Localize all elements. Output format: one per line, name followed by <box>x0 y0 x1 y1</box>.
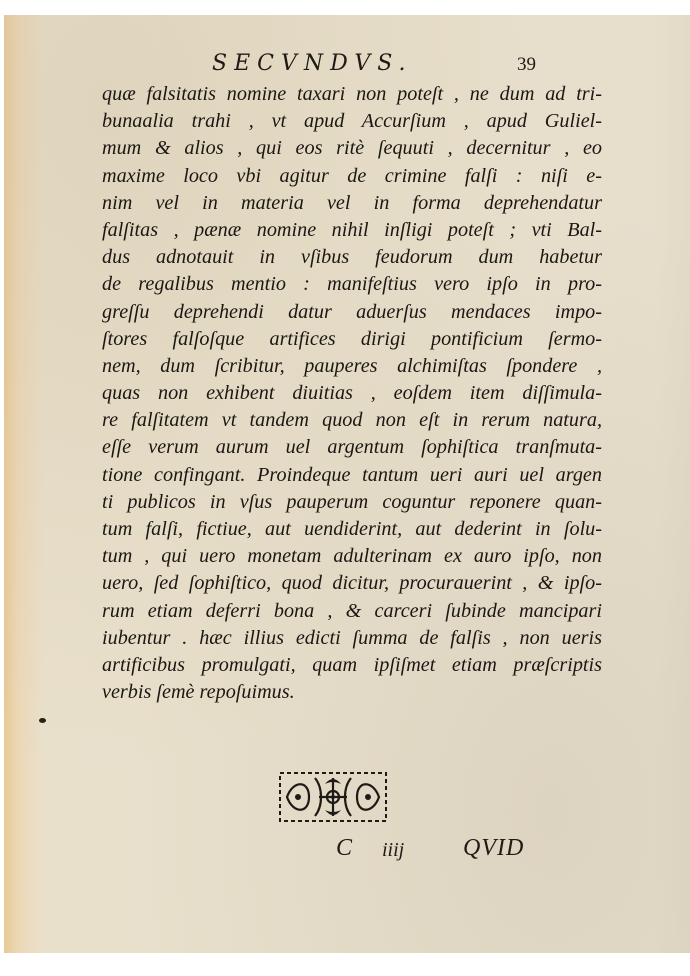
signature-mark: C <box>336 835 352 862</box>
text-line: quas non exhibent diuitias , eoſdem item… <box>102 380 602 407</box>
text-line: dus adnotauit in vſibus feudorum dum hab… <box>102 244 602 271</box>
text-line: rum etiam deferri bona , & carceri ſubin… <box>102 598 602 625</box>
text-line: nim vel in materia vel in forma deprehen… <box>102 190 602 217</box>
page-header: SECVNDVS. 39 <box>4 47 690 81</box>
page-number: 39 <box>517 54 536 76</box>
text-line: maxime loco vbi agitur de crimine falſi … <box>102 163 602 190</box>
signature-number: iiij <box>382 839 404 862</box>
text-line: verbis ſemè repoſuimus. <box>102 679 602 706</box>
catchword: QVID <box>463 835 524 862</box>
book-page: SECVNDVS. 39 quæ falsitatis nomine taxar… <box>4 15 690 953</box>
text-line: tum , qui uero monetam adulterinam ex au… <box>102 543 602 570</box>
printer-ornament-icon <box>279 772 387 822</box>
text-line: tum falſi, fictiue, aut uendiderint, aut… <box>102 516 602 543</box>
text-line: artificibus promulgati, quam ipſiſmet et… <box>102 652 602 679</box>
text-line: bunaalia trahi , vt apud Accurſium , apu… <box>102 108 602 135</box>
text-line: eſſe verum aurum uel argentum ſophiſtica… <box>102 434 602 461</box>
text-line: re falſitatem vt tandem quod non eſt in … <box>102 407 602 434</box>
text-line: nem, dum ſcribitur, pauperes alchimiſtas… <box>102 353 602 380</box>
text-line: de regalibus mentio : manifeſtius vero i… <box>102 271 602 298</box>
text-line: tione confingant. Proindeque tantum ueri… <box>102 462 602 489</box>
body-text: quæ falsitatis nomine taxari non poteſt … <box>102 81 602 706</box>
ink-spot <box>39 718 46 723</box>
running-head: SECVNDVS. <box>212 51 413 76</box>
text-line: ſtores falſoſque artifices dirigi pontif… <box>102 326 602 353</box>
text-line: ti publicos in vſus pauperum coguntur re… <box>102 489 602 516</box>
text-line: quæ falsitatis nomine taxari non poteſt … <box>102 81 602 108</box>
text-line: uero, ſed ſophiſtico, quod dicitur, proc… <box>102 570 602 597</box>
text-line: greſſu deprehendi datur aduerſus mendace… <box>102 299 602 326</box>
text-line: iubentur . hæc illius edicti ſumma de fa… <box>102 625 602 652</box>
text-line: falſitas , pænæ nomine nihil inſligi pot… <box>102 217 602 244</box>
text-line: mum & alios , qui eos ritè ſequuti , dec… <box>102 135 602 162</box>
